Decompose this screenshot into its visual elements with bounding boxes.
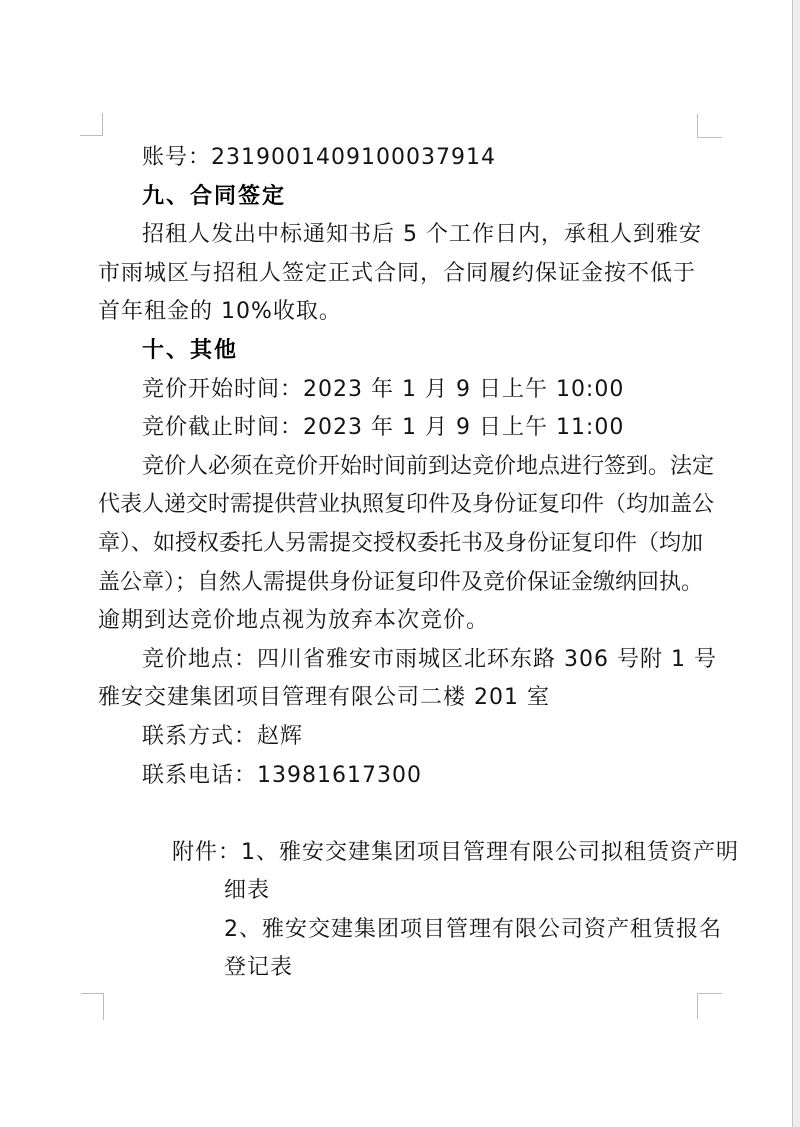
bidding-location-line: 雅安交建集团项目管理有限公司二楼 201 室 (98, 679, 698, 718)
contract-paragraph-line: 招租人发出中标通知书后 5 个工作日内，承租人到雅安 (98, 216, 698, 255)
scrollbar-track[interactable] (792, 0, 800, 1127)
attachment-1-line: 细表 (98, 872, 698, 911)
contract-paragraph-line: 首年租金的 10%收取。 (98, 293, 698, 332)
signin-paragraph-line: 盖公章）；自然人需提供身份证复印件及竞价保证金缴纳回执。 (98, 564, 698, 603)
attachment-2-line: 2、雅安交建集团项目管理有限公司资产租赁报名 (98, 911, 698, 950)
crop-mark-top-left (80, 113, 103, 136)
attachment-2-line: 登记表 (98, 949, 698, 988)
crop-mark-bottom-left (81, 993, 104, 1020)
crop-mark-bottom-right (697, 993, 722, 1019)
document-page: 账号：2319001409100037914 九、合同签定 招租人发出中标通知书… (0, 0, 800, 1127)
section-9-heading: 九、合同签定 (98, 178, 698, 217)
account-number-line: 账号：2319001409100037914 (98, 139, 698, 178)
bidding-start-time-line: 竞价开始时间：2023 年 1 月 9 日上午 10:00 (98, 371, 698, 410)
contract-paragraph-line: 市雨城区与招租人签定正式合同，合同履约保证金按不低于 (98, 255, 698, 294)
signin-paragraph-line: 代表人递交时需提供营业执照复印件及身份证复印件（均加盖公 (98, 486, 698, 525)
blank-line (98, 795, 698, 834)
attachment-1-line: 附件：1、雅安交建集团项目管理有限公司拟租赁资产明 (98, 834, 698, 873)
contact-phone-line: 联系电话：13981617300 (98, 757, 698, 796)
contact-name-line: 联系方式：赵辉 (98, 718, 698, 757)
crop-mark-top-right (697, 114, 722, 138)
document-text-block: 账号：2319001409100037914 九、合同签定 招租人发出中标通知书… (98, 139, 698, 988)
signin-paragraph-line: 逾期到达竞价地点视为放弃本次竞价。 (98, 602, 698, 641)
signin-paragraph-line: 竞价人必须在竞价开始时间前到达竞价地点进行签到。法定 (98, 448, 698, 487)
bidding-end-time-line: 竞价截止时间：2023 年 1 月 9 日上午 11:00 (98, 409, 698, 448)
section-10-heading: 十、其他 (98, 332, 698, 371)
signin-paragraph-line: 章）、如授权委托人另需提交授权委托书及身份证复印件（均加 (98, 525, 698, 564)
bidding-location-line: 竞价地点：四川省雅安市雨城区北环东路 306 号附 1 号 (98, 641, 698, 680)
